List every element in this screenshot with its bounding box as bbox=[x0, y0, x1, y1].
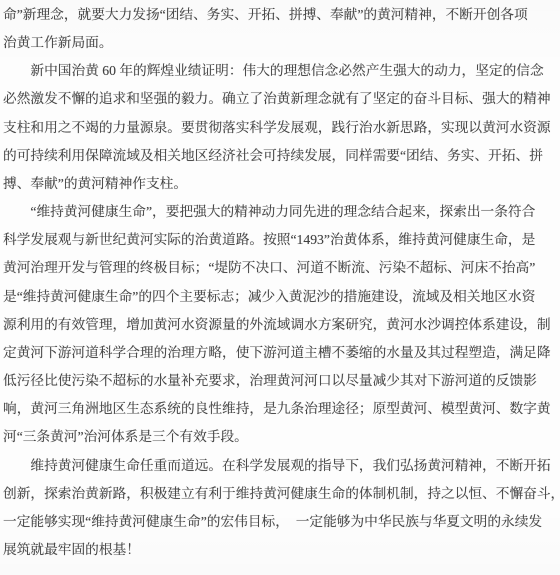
text-line: 必然激发不懈的追求和坚强的毅力。确立了治黄新理念就有了坚定的奋斗目标、强大的精神 bbox=[3, 85, 557, 113]
text-line: 维持黄河健康生命任重而道远。在科学发展观的指导下，我们弘扬黄河精神，不断开拓 bbox=[3, 452, 557, 480]
text-line: 支柱和用之不竭的力量源泉。要贯彻落实科学发展观，践行治水新思路，实现以黄河水资源 bbox=[3, 114, 557, 142]
text-line: “维持黄河健康生命”，要把强大的精神动力同先进的理念结合起来，探索出一条符合 bbox=[3, 198, 557, 226]
text-line: 的可持续利用保障流域及相关地区经济社会可持续发展，同样需要“团结、务实、开拓、拼 bbox=[3, 142, 557, 170]
text-line: 展筑就最牢固的根基！ bbox=[3, 536, 557, 564]
text-line: 创新，探索治黄新路，积极建立有利于维持黄河健康生命的体制机制，持之以恒、不懈奋斗… bbox=[3, 480, 557, 508]
text-line: 搏、奉献”的黄河精神作支柱。 bbox=[3, 170, 557, 198]
text-line: 科学发展观与新世纪黄河实际的治黄道路。按照“1493”治黄体系，维持黄河健康生命… bbox=[3, 226, 557, 254]
text-line: 命”新理念，就要大力发扬“团结、务实、开拓、拼搏、奉献”的黄河精神，不断开创各项 bbox=[3, 1, 557, 29]
text-line: 是“维持黄河健康生命”的四个主要标志；减少入黄泥沙的措施建设，流域及相关地区水资 bbox=[3, 283, 557, 311]
text-line: 响，黄河三角洲地区生态系统的良性维持，是九条治理途径；原型黄河、模型黄河、数字黄 bbox=[3, 395, 557, 423]
text-line: 治黄工作新局面。 bbox=[3, 29, 557, 57]
text-line: 一定能够实现“维持黄河健康生命”的宏伟目标， 一定能够为中华民族与华夏文明的永续… bbox=[3, 508, 557, 536]
text-line: 黄河治理开发与管理的终极目标；“堤防不决口、河道不断流、污染不超标、河床不抬高” bbox=[3, 254, 557, 282]
text-line: 源利用的有效管理，增加黄河水资源量的外流域调水方案研究，黄河水沙调控体系建设，制 bbox=[3, 311, 557, 339]
text-line: 低污径比使污染不超标的水量补充要求，治理黄河河口以尽量减少其对下游河道的反馈影 bbox=[3, 367, 557, 395]
text-line: 新中国治黄 60 年的辉煌业绩证明：伟大的理想信念必然产生强大的动力，坚定的信念 bbox=[3, 57, 557, 85]
document-page: 命”新理念，就要大力发扬“团结、务实、开拓、拼搏、奉献”的黄河精神，不断开创各项… bbox=[0, 0, 560, 575]
document-body: 命”新理念，就要大力发扬“团结、务实、开拓、拼搏、奉献”的黄河精神，不断开创各项… bbox=[3, 1, 557, 564]
paragraph: 命”新理念，就要大力发扬“团结、务实、开拓、拼搏、奉献”的黄河精神，不断开创各项… bbox=[3, 1, 557, 57]
paragraph: 新中国治黄 60 年的辉煌业绩证明：伟大的理想信念必然产生强大的动力，坚定的信念… bbox=[3, 57, 557, 198]
text-line: 定黄河下游河道科学合理的治理方略，使下游河道主槽不萎缩的水量及其过程塑造，满足降 bbox=[3, 339, 557, 367]
text-line: 河“三条黄河”治河体系是三个有效手段。 bbox=[3, 423, 557, 451]
paragraph: “维持黄河健康生命”，要把强大的精神动力同先进的理念结合起来，探索出一条符合科学… bbox=[3, 198, 557, 451]
paragraph: 维持黄河健康生命任重而道远。在科学发展观的指导下，我们弘扬黄河精神，不断开拓创新… bbox=[3, 452, 557, 565]
